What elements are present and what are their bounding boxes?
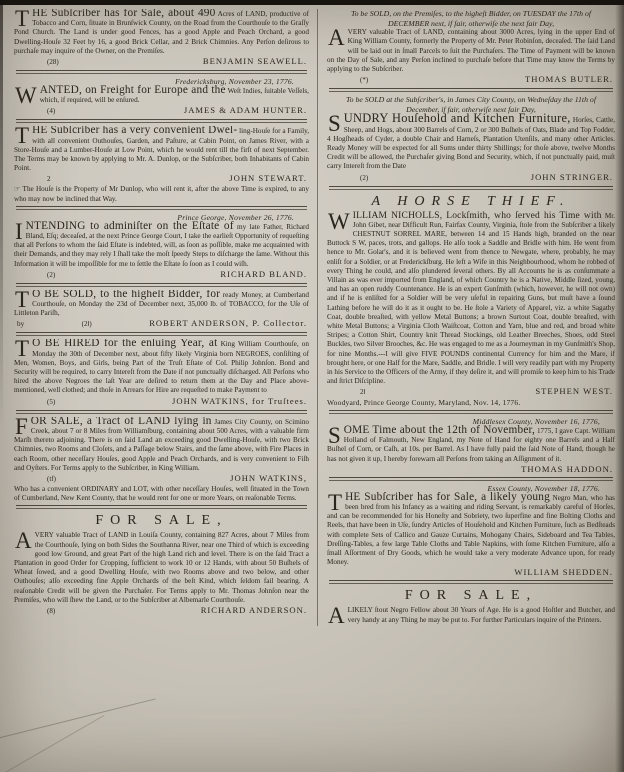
drop-cap: T xyxy=(14,290,32,309)
ad-lead: NTENDING to adminiſter on the Eſtate of xyxy=(26,220,234,232)
ad-text: THE Subſcriber has for Sale, about 490 A… xyxy=(13,9,310,56)
column-left: THE Subſcriber has for Sale, about 490 A… xyxy=(13,9,317,626)
ad-sale-notice: To be SOLD, on the Premiſes, to the high… xyxy=(326,9,616,28)
ad-signature-line: WILLIAM SHEDDEN. xyxy=(326,567,616,578)
ad-mark: (2‖) xyxy=(82,319,92,330)
ad-mark: (*) xyxy=(360,75,368,86)
ad-text: AVERY valuable Tract of LAND, containing… xyxy=(326,28,616,74)
ad-land-scimino: FOR SALE, a Tract of LAND lying in James… xyxy=(13,417,310,504)
column-right: To be SOLD, on the Premiſes, to the high… xyxy=(317,9,616,626)
drop-cap: T xyxy=(14,126,32,145)
paper-crease xyxy=(0,698,156,740)
ad-signature-line: (4) JAMES & ADAM HUNTER. xyxy=(13,105,310,117)
ad-lead: ILLIAM NICHOLLS, Lockſmith, who ſerved h… xyxy=(353,211,602,221)
ad-note-of-hand: Middlesex County, November 16, 1776, SOM… xyxy=(326,417,616,475)
ad-sig-prefix: by xyxy=(17,319,24,330)
ad-signer: JAMES & ADAM HUNTER. xyxy=(184,105,307,116)
ad-mark: (28) xyxy=(47,57,59,68)
ad-signature-line: THOMAS HADDON. xyxy=(326,464,616,475)
ad-signer: RICHARD ANDERSON. xyxy=(201,605,307,616)
drop-cap: T xyxy=(14,9,32,28)
ad-heading: FOR SALE, xyxy=(326,588,616,604)
ad-heading: FOR SALE, xyxy=(13,513,310,529)
ad-horse-thief: A HORSE THIEF. WILLIAM NICHOLLS, Lockſmi… xyxy=(326,193,616,408)
newspaper-page: THE Subſcriber has for Sale, about 490 A… xyxy=(0,0,624,772)
ad-lead: ANTED, on Freight for Europe and the xyxy=(40,84,226,96)
ad-text: SOME Time about the 12th of November, 17… xyxy=(326,426,616,464)
ad-signer: BENJAMIN SEAWELL. xyxy=(203,56,307,67)
ad-text: TO BE HIRED for the enſuing Year, at Kin… xyxy=(13,339,310,395)
ad-signature-line: by (2‖) ROBERT ANDERSON, P. Collector. xyxy=(13,318,310,330)
drop-cap: T xyxy=(14,339,32,358)
ad-mark: (4) xyxy=(47,106,55,117)
ad-text: ALIKELY ſtout Negro Fellow about 30 Year… xyxy=(326,606,616,624)
ad-negro-man-sale: Essex County, November 18, 1776. THE Sub… xyxy=(326,484,616,579)
ad-mark: (2) xyxy=(360,173,368,184)
ad-mark: (5) xyxy=(47,397,55,408)
drop-cap: T xyxy=(327,493,345,512)
ad-separator xyxy=(329,186,613,190)
ad-note-manicule: ☞ The Houſe is the Property of Mr Dunlop… xyxy=(13,185,310,203)
ad-signature-line: 2‖ STEPHEN WEST. xyxy=(326,386,616,398)
ad-text: AVERY valuable Tract of LAND in Louiſa C… xyxy=(13,531,310,605)
drop-cap: I xyxy=(14,222,26,241)
ad-signer: THOMAS HADDON. xyxy=(521,464,613,475)
ad-separator xyxy=(329,477,613,481)
drop-cap: S xyxy=(327,426,344,445)
ad-mark: 2 xyxy=(47,174,51,185)
ad-signer: RICHARD BLAND. xyxy=(220,269,307,280)
ad-signer: JOHN STEWART. xyxy=(229,173,307,184)
ad-lead: HE Subſcriber has for Sale, a likely you… xyxy=(345,491,550,503)
ad-place-date-line: Woodyard, Prince George County, Maryland… xyxy=(326,398,616,408)
ad-text: THE Subſcriber has for Sale, a likely yo… xyxy=(326,493,616,568)
ad-body: LIKELY ſtout Negro Fellow about 30 Years… xyxy=(348,606,615,623)
ad-body: Negro Man, who has been bred from his In… xyxy=(327,494,615,566)
ad-negro-fellow-sale: FOR SALE, ALIKELY ſtout Negro Fellow abo… xyxy=(326,587,616,625)
ad-signer: THOMAS BUTLER. xyxy=(525,74,613,85)
ad-body: VERY valuable Tract of LAND in Louiſa Co… xyxy=(14,531,309,603)
ad-heading: A HORSE THIEF. xyxy=(326,194,616,210)
ad-signature-line: (5) JOHN WATKINS, for Truſtees. xyxy=(13,396,310,408)
ad-signature-line: (*) THOMAS BUTLER. xyxy=(326,74,616,86)
ad-lead: HE Subſcriber has a very convenient Dwel… xyxy=(32,126,237,136)
ad-signature-line: (2) JOHN STRINGER. xyxy=(326,172,616,184)
ad-tobacco-sale: TO BE SOLD, to the higheſt Bidder, for r… xyxy=(13,290,310,331)
drop-cap: A xyxy=(327,606,348,625)
ad-mark: (2) xyxy=(47,270,55,281)
ad-lead: OR SALE, a Tract of LAND lying in xyxy=(31,417,212,427)
ad-signature-line: 2 JOHN STEWART. xyxy=(13,173,310,185)
drop-cap: W xyxy=(327,212,353,231)
ad-signature-line: (28) BENJAMIN SEAWELL. xyxy=(13,56,310,68)
ad-body: VERY valuable Tract of LAND, containing … xyxy=(327,28,615,73)
ad-separator xyxy=(16,70,307,74)
drop-cap: A xyxy=(327,28,348,47)
ad-lead: O BE SOLD, to the higheſt Bidder, for xyxy=(32,290,220,300)
ad-note-ordinary: Who has a convenient ORDINARY and LOT, w… xyxy=(13,485,310,503)
ad-lead: OME Time about the 12th of November, xyxy=(344,424,535,436)
ad-body: Mr. John Gibet, near Difficult Run, Fair… xyxy=(327,212,615,386)
ad-separator xyxy=(16,283,307,287)
ad-text: THE Subſcriber has a very convenient Dwe… xyxy=(13,126,310,173)
ad-signature-line: (8) RICHARD ANDERSON. xyxy=(13,605,310,617)
columns: THE Subſcriber has for Sale, about 490 A… xyxy=(0,0,624,626)
ad-lead: UNDRY Houſehold and Kitchen Furniture, xyxy=(344,111,571,125)
ad-signer: JOHN STRINGER. xyxy=(531,172,613,183)
ad-signer: WILLIAM SHEDDEN. xyxy=(514,567,613,578)
ad-mark: (tf) xyxy=(47,474,56,485)
ad-signature-line: (2) RICHARD BLAND. xyxy=(13,269,310,281)
ad-signer: ROBERT ANDERSON, P. Collector. xyxy=(149,318,307,329)
ad-text: SUNDRY Houſehold and Kitchen Furniture, … xyxy=(326,114,616,171)
ad-separator xyxy=(16,206,307,210)
ad-sundry-furniture: To be SOLD at the Subſcriber's, in James… xyxy=(326,95,616,183)
ad-separator xyxy=(16,410,307,414)
ad-separator xyxy=(329,88,613,92)
ad-separator xyxy=(329,580,613,584)
ad-land-louisa: FOR SALE, AVERY valuable Tract of LAND i… xyxy=(13,512,310,617)
scan-edge-right xyxy=(615,0,624,772)
ad-mark: 2‖ xyxy=(360,387,365,398)
ad-text: INTENDING to adminiſter on the Eſtate of… xyxy=(13,222,310,269)
ad-estate-bland: Prince George, November 26, 1776. INTEND… xyxy=(13,213,310,281)
ad-land-king-william: To be SOLD, on the Premiſes, to the high… xyxy=(326,9,616,86)
ad-signature-line: (tf) JOHN WATKINS, xyxy=(13,473,310,485)
ad-separator xyxy=(16,505,307,509)
ad-signer: STEPHEN WEST. xyxy=(535,386,613,397)
drop-cap: A xyxy=(14,531,35,550)
ad-wanted-freight: Fredericksburg, November 23, 1776. WANTE… xyxy=(13,77,310,117)
ad-signer: JOHN WATKINS, for Truſtees. xyxy=(172,396,307,407)
drop-cap: W xyxy=(14,86,40,105)
ad-text: WANTED, on Freight for Europe and the We… xyxy=(13,86,310,105)
ad-text: FOR SALE, a Tract of LAND lying in James… xyxy=(13,417,310,473)
ad-separator xyxy=(16,119,307,123)
ad-negroes-hire: TO BE HIRED for the enſuing Year, at Kin… xyxy=(13,339,310,407)
ad-text: TO BE SOLD, to the higheſt Bidder, for r… xyxy=(13,290,310,319)
ad-text: WILLIAM NICHOLLS, Lockſmith, who ſerved … xyxy=(326,212,616,387)
ad-lead: HE Subſcriber has for Sale, about 490 xyxy=(32,9,215,19)
ad-separator xyxy=(16,332,307,336)
drop-cap: S xyxy=(327,114,344,133)
ad-dwelling-cabin-point: THE Subſcriber has a very convenient Dwe… xyxy=(13,126,310,203)
ad-signer: JOHN WATKINS, xyxy=(230,473,307,484)
drop-cap: F xyxy=(14,417,31,436)
ad-land-brunswick: THE Subſcriber has for Sale, about 490 A… xyxy=(13,9,310,68)
ad-separator xyxy=(329,410,613,414)
ad-mark: (8) xyxy=(47,606,55,617)
ad-lead: O BE HIRED for the enſuing Year, at xyxy=(32,339,217,349)
